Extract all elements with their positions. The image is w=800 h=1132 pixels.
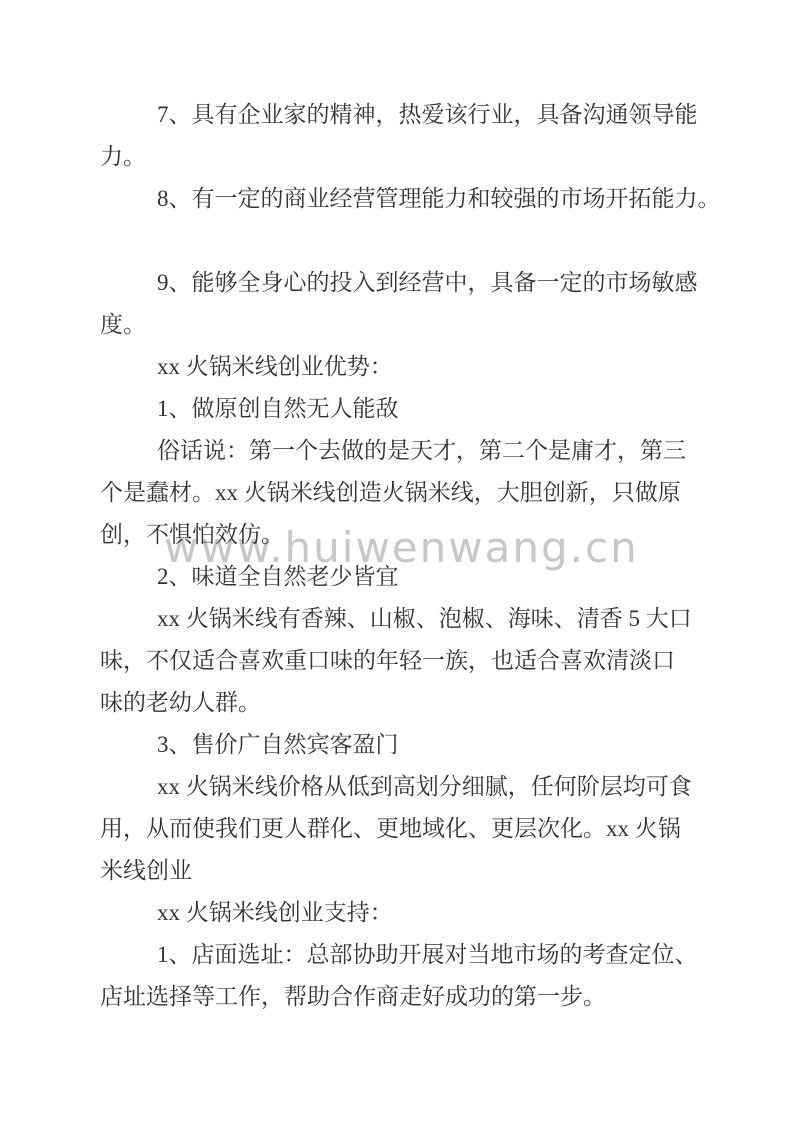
text-line: 3、售价广自然宾客盈门 bbox=[100, 724, 720, 766]
text-line: 创，不惧怕效仿。 bbox=[100, 514, 720, 556]
text-line: 个是蠢材。xx 火锅米线创造火锅米线，大胆创新，只做原 bbox=[100, 472, 720, 514]
paragraph bbox=[100, 220, 720, 262]
text-line: 1、做原创自然无人能敌 bbox=[100, 388, 720, 430]
text-line: 9、能够全身心的投入到经营中，具备一定的市场敏感 bbox=[100, 262, 720, 304]
paragraph: 3、售价广自然宾客盈门 bbox=[100, 724, 720, 766]
text-line: 2、味道全自然老少皆宜 bbox=[100, 556, 720, 598]
text-line: 用，从而使我们更人群化、更地域化、更层次化。xx 火锅 bbox=[100, 808, 720, 850]
paragraph: 俗话说：第一个去做的是天才，第二个是庸才，第三个是蠢材。xx 火锅米线创造火锅米… bbox=[100, 430, 720, 556]
text-line: 味，不仅适合喜欢重口味的年轻一族，也适合喜欢清淡口 bbox=[100, 640, 720, 682]
paragraph: 1、店面选址：总部协助开展对当地市场的考查定位、店址选择等工作，帮助合作商走好成… bbox=[100, 934, 720, 1018]
text-line: 力。 bbox=[100, 136, 720, 178]
text-line: 8、有一定的商业经营管理能力和较强的市场开拓能力。 bbox=[100, 178, 720, 220]
text-line: xx 火锅米线有香辣、山椒、泡椒、海味、清香 5 大口 bbox=[100, 598, 720, 640]
paragraph: xx 火锅米线有香辣、山椒、泡椒、海味、清香 5 大口味，不仅适合喜欢重口味的年… bbox=[100, 598, 720, 724]
document-page: www.huiwenwang.cn 7、具有企业家的精神，热爱该行业，具备沟通领… bbox=[0, 0, 800, 1132]
paragraph: 1、做原创自然无人能敌 bbox=[100, 388, 720, 430]
text-line: 店址选择等工作，帮助合作商走好成功的第一步。 bbox=[100, 976, 720, 1018]
paragraph: xx 火锅米线创业优势： bbox=[100, 346, 720, 388]
text-line: 米线创业 bbox=[100, 850, 720, 892]
text-line: 度。 bbox=[100, 304, 720, 346]
text-line: 7、具有企业家的精神，热爱该行业，具备沟通领导能 bbox=[100, 94, 720, 136]
paragraph: 8、有一定的商业经营管理能力和较强的市场开拓能力。 bbox=[100, 178, 720, 220]
paragraph: 9、能够全身心的投入到经营中，具备一定的市场敏感度。 bbox=[100, 262, 720, 346]
text-line: 1、店面选址：总部协助开展对当地市场的考查定位、 bbox=[100, 934, 720, 976]
paragraph: 7、具有企业家的精神，热爱该行业，具备沟通领导能力。 bbox=[100, 94, 720, 178]
text-line: xx 火锅米线价格从低到高划分细腻，任何阶层均可食 bbox=[100, 766, 720, 808]
empty-line bbox=[100, 220, 720, 262]
document-content: 7、具有企业家的精神，热爱该行业，具备沟通领导能力。8、有一定的商业经营管理能力… bbox=[100, 94, 720, 1018]
paragraph: 2、味道全自然老少皆宜 bbox=[100, 556, 720, 598]
text-line: xx 火锅米线创业优势： bbox=[100, 346, 720, 388]
paragraph: xx 火锅米线创业支持： bbox=[100, 892, 720, 934]
text-line: 俗话说：第一个去做的是天才，第二个是庸才，第三 bbox=[100, 430, 720, 472]
text-line: xx 火锅米线创业支持： bbox=[100, 892, 720, 934]
text-line: 味的老幼人群。 bbox=[100, 682, 720, 724]
paragraph: xx 火锅米线价格从低到高划分细腻，任何阶层均可食用，从而使我们更人群化、更地域… bbox=[100, 766, 720, 892]
